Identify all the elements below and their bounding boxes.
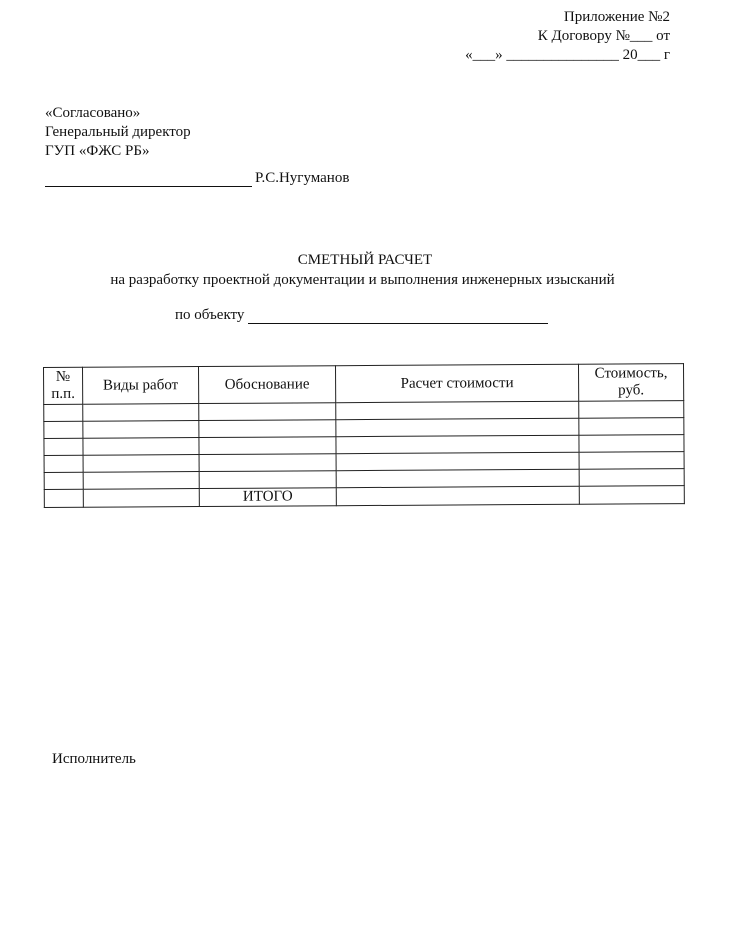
table-cell (336, 469, 579, 487)
table-cell (44, 472, 83, 489)
table-cell (83, 421, 199, 439)
table-cell (44, 404, 83, 421)
table-cell (44, 421, 83, 438)
title-subtitle: на разработку проектной документации и в… (0, 270, 730, 290)
table-cell (199, 403, 336, 421)
header-cost-line1: Стоимость, (579, 365, 683, 383)
header-number: № п.п. (44, 367, 83, 404)
table-cell (336, 486, 579, 505)
table-cell (83, 455, 199, 473)
signature-row: Р.С.Нугуманов (45, 170, 349, 187)
header-number-line1: № (44, 369, 82, 386)
signatory-name: Р.С.Нугуманов (255, 170, 349, 186)
header-cost-line2: руб. (579, 382, 683, 400)
table-cell (44, 438, 83, 455)
attachment-header: Приложение №2 К Договору №___ от «___» _… (465, 8, 670, 65)
table-cell (579, 401, 684, 419)
table-cell (199, 420, 336, 438)
approver-organization: ГУП «ФЖС РБ» (45, 142, 191, 161)
table-cell: ИТОГО (199, 488, 336, 507)
table-cell (83, 438, 199, 456)
table-cell (199, 437, 336, 455)
header-work-types: Виды работ (83, 367, 199, 405)
approval-block: «Согласовано» Генеральный директор ГУП «… (45, 104, 191, 161)
contract-reference: К Договору №___ от (465, 27, 670, 46)
object-blank-line (248, 308, 548, 324)
table-cell (199, 471, 336, 489)
header-number-line2: п.п. (44, 386, 82, 403)
table-cell (579, 469, 684, 487)
total-row: ИТОГО (44, 486, 684, 508)
table-cell (579, 452, 684, 470)
table-cell (336, 435, 579, 453)
attachment-number: Приложение №2 (465, 8, 670, 27)
object-row: по объекту (175, 307, 548, 324)
approver-position: Генеральный директор (45, 123, 191, 142)
contract-date: «___» _______________ 20___ г (465, 46, 670, 65)
table-cell (83, 404, 199, 422)
header-cost: Стоимость, руб. (578, 364, 683, 402)
table-cell (44, 489, 83, 507)
object-label: по объекту (175, 307, 244, 323)
table-cell (336, 452, 579, 470)
table-cell (83, 489, 199, 508)
signature-line (45, 171, 252, 187)
estimate-table: № п.п. Виды работ Обоснование Расчет сто… (43, 363, 685, 508)
document-title: СМЕТНЫЙ РАСЧЕТ на разработку проектной д… (0, 250, 730, 290)
table-cell (579, 435, 684, 453)
approval-label: «Согласовано» (45, 104, 191, 123)
table-cell (336, 401, 579, 419)
table-cell (579, 418, 684, 436)
table-cell (579, 486, 684, 505)
table-header-row: № п.п. Виды работ Обоснование Расчет сто… (44, 364, 684, 405)
table-cell (44, 455, 83, 472)
header-cost-calculation: Расчет стоимости (335, 364, 578, 402)
title-main: СМЕТНЫЙ РАСЧЕТ (0, 250, 730, 270)
table-cell (336, 418, 579, 436)
table-cell (199, 454, 336, 472)
executor-label: Исполнитель (52, 751, 136, 768)
table-cell (83, 472, 199, 490)
header-justification: Обоснование (199, 366, 336, 404)
